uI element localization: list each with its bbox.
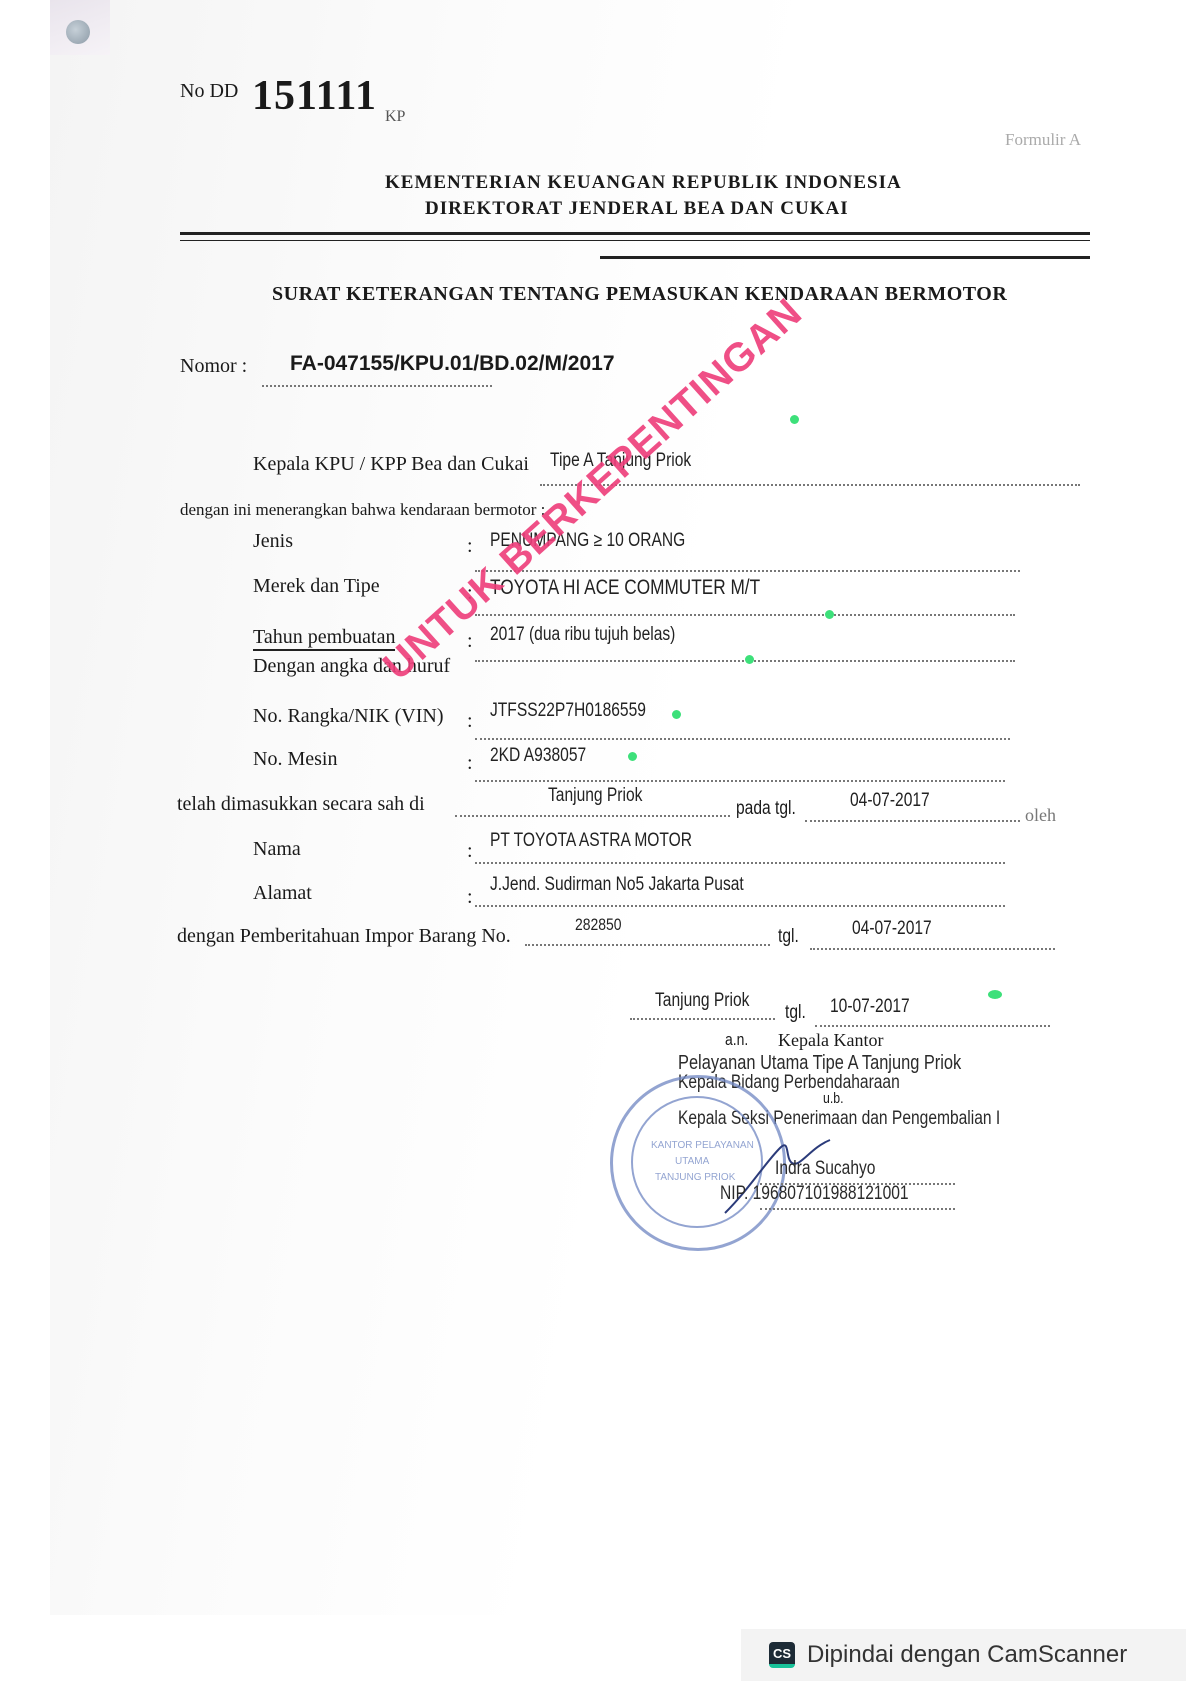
dotted-line — [475, 862, 1005, 864]
signer-nip: NIP. 196807101988121001 — [720, 1183, 909, 1205]
nomor-value: FA-047155/KPU.01/BD.02/M/2017 — [290, 352, 615, 376]
marker-dot — [790, 415, 799, 424]
field-label-tahun: Tahun pembuatan — [253, 626, 395, 651]
colon: : — [467, 840, 473, 863]
marker-dot — [628, 752, 637, 761]
camscanner-text: Dipindai dengan CamScanner — [807, 1641, 1127, 1669]
colon: : — [467, 886, 473, 909]
nomor-label: Nomor : — [180, 355, 247, 378]
dotted-line — [525, 944, 770, 946]
entry-date-label: pada tgl. — [736, 798, 796, 820]
dotted-line — [475, 614, 1015, 616]
colon: : — [467, 752, 473, 775]
owner-value-nama: PT TOYOTA ASTRA MOTOR — [490, 830, 692, 852]
dotted-line — [810, 948, 1055, 950]
field-label-vin: No. Rangka/NIK (VIN) — [253, 705, 444, 728]
dotted-line — [630, 1018, 775, 1020]
document-title: SURAT KETERANGAN TENTANG PEMASUKAN KENDA… — [272, 283, 1007, 306]
camscanner-badge: CS Dipindai dengan CamScanner — [741, 1629, 1186, 1681]
directorate-heading: DIREKTORAT JENDERAL BEA DAN CUKAI — [425, 198, 849, 220]
dotted-line — [475, 905, 1005, 907]
sign-ub: u.b. — [823, 1090, 844, 1107]
dotted-line — [455, 815, 730, 817]
sign-date: 10-07-2017 — [830, 996, 910, 1018]
dotted-line — [760, 1208, 955, 1210]
header-rule-thin — [180, 240, 1090, 241]
entry-place: Tanjung Priok — [548, 785, 642, 807]
marker-dot — [672, 710, 681, 719]
sign-place: Tanjung Priok — [655, 990, 749, 1012]
dotted-line — [475, 780, 1005, 782]
entry-by: oleh — [1025, 805, 1056, 826]
owner-label-nama: Nama — [253, 838, 301, 861]
header-rule-right — [600, 256, 1090, 259]
dotted-line — [262, 385, 492, 387]
pib-number: 282850 — [575, 915, 622, 935]
marker-dot — [988, 990, 1002, 999]
field-label-merek: Merek dan Tipe — [253, 575, 380, 598]
entry-date: 04-07-2017 — [850, 790, 930, 812]
kepala-label: Kepala KPU / KPP Bea dan Cukai — [253, 453, 529, 476]
punch-hole-icon — [66, 20, 90, 44]
intro-text: dengan ini menerangkan bahwa kendaraan b… — [180, 500, 545, 520]
sign-office-line1: Kepala Kantor — [778, 1030, 883, 1051]
colon: : — [467, 535, 473, 558]
dotted-line — [815, 1025, 1050, 1027]
ministry-heading: KEMENTERIAN KEUANGAN REPUBLIK INDONESIA — [385, 172, 902, 194]
colon: : — [467, 710, 473, 733]
dotted-line — [475, 570, 1020, 572]
pib-label: dengan Pemberitahuan Impor Barang No. — [177, 925, 511, 948]
field-label-jenis: Jenis — [253, 530, 293, 553]
header-rule — [180, 232, 1090, 235]
field-value-vin: JTFSS22P7H0186559 — [490, 700, 646, 722]
camscanner-logo-icon: CS — [769, 1642, 795, 1668]
marker-dot — [745, 655, 754, 664]
field-value-tahun: 2017 (dua ribu tujuh belas) — [490, 624, 675, 646]
sign-an: a.n. — [725, 1030, 748, 1050]
owner-label-alamat: Alamat — [253, 882, 312, 905]
dotted-line — [805, 820, 1020, 822]
sign-date-label: tgl. — [785, 1002, 806, 1024]
colon: : — [467, 630, 473, 653]
signer-name: Indra Sucahyo — [775, 1158, 875, 1180]
serial-prefix: No DD — [180, 80, 238, 103]
serial-number: 151111 — [252, 72, 377, 120]
field-label-mesin: No. Mesin — [253, 748, 337, 771]
pib-date-label: tgl. — [778, 926, 799, 948]
field-value-merek: TOYOTA HI ACE COMMUTER M/T — [490, 576, 760, 600]
owner-value-alamat: J.Jend. Sudirman No5 Jakarta Pusat — [490, 874, 744, 896]
dotted-line — [475, 738, 1010, 740]
stamp-text-2: UTAMA — [675, 1156, 709, 1167]
pib-date: 04-07-2017 — [852, 918, 932, 940]
field-value-mesin: 2KD A938057 — [490, 745, 586, 767]
entry-label: telah dimasukkan secara sah di — [177, 793, 425, 816]
serial-suffix: KP — [385, 108, 405, 126]
form-label: Formulir A — [1005, 130, 1081, 150]
marker-dot — [825, 610, 834, 619]
